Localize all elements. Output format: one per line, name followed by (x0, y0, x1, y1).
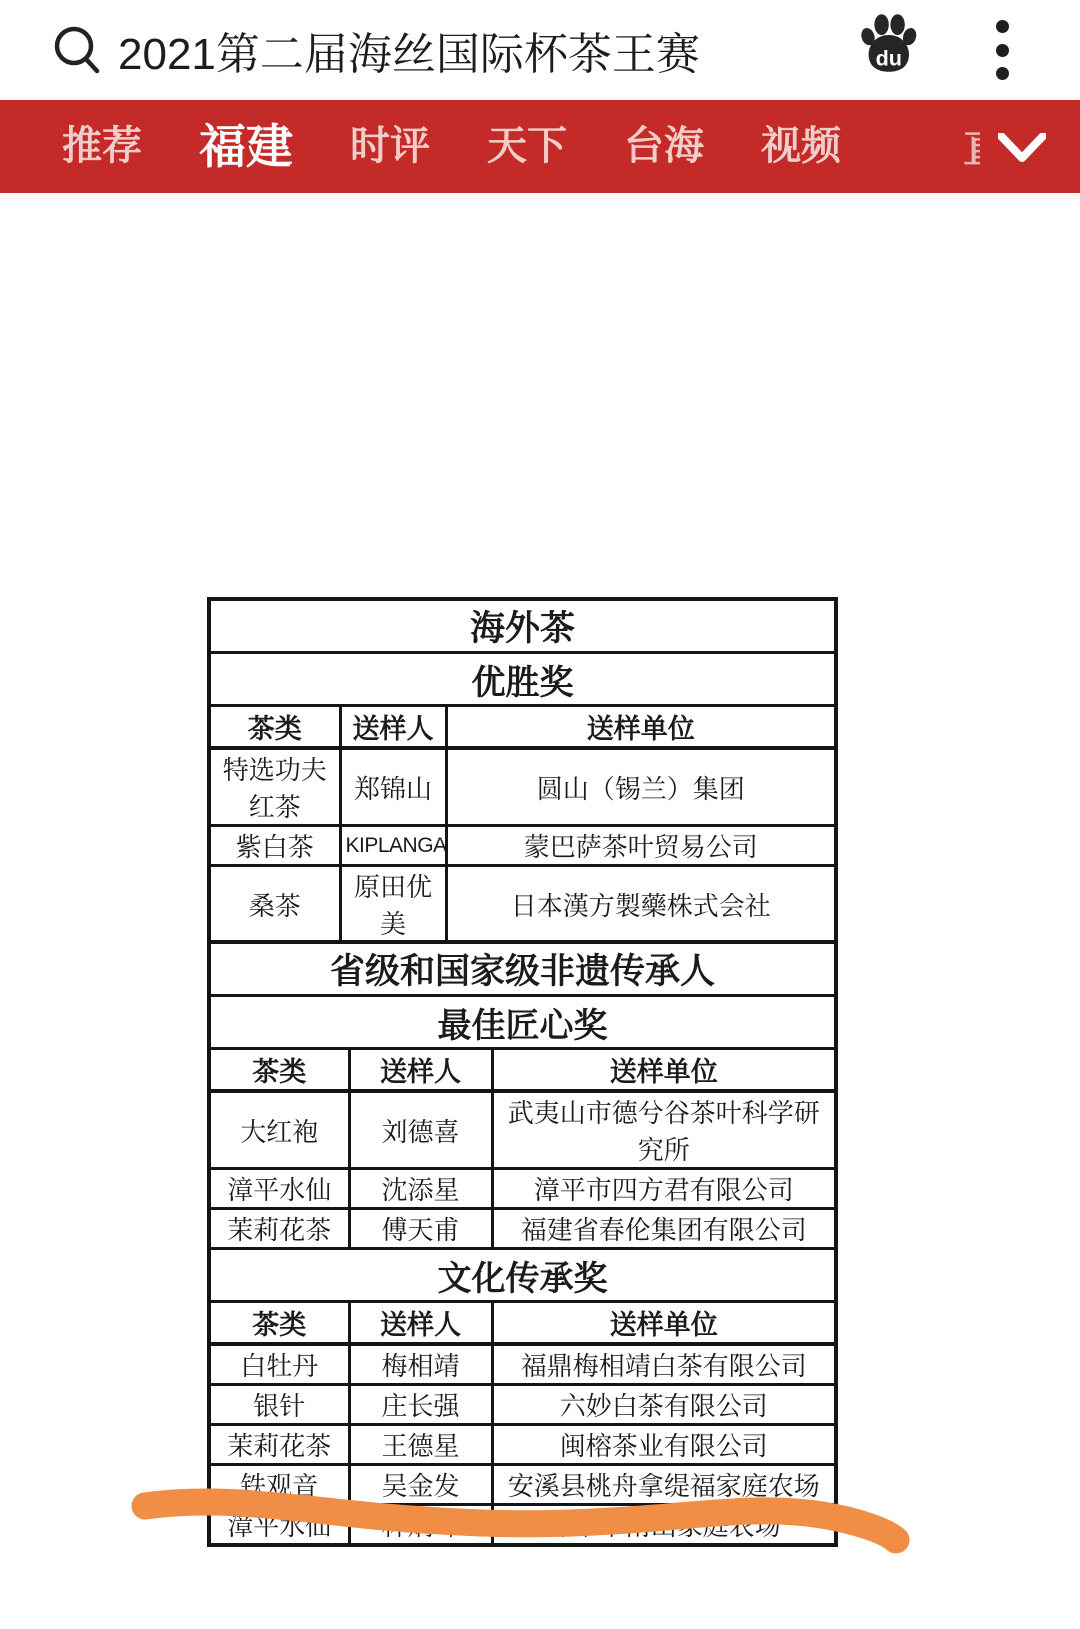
table-cell: 吴金发 (349, 1465, 492, 1505)
column-header: 送样单位 (492, 1049, 836, 1092)
search-query-text[interactable]: 2021第二届海丝国际杯茶王赛 (118, 18, 1080, 82)
table-title: 海外茶 (209, 599, 836, 653)
table-row: 大红袍刘德喜武夷山市德兮谷茶叶科学研究所 (209, 1091, 836, 1169)
table-row: 桑茶原田优美日本漢方製藥株式会社 (209, 866, 836, 944)
table-cell: KIPLANGATA (340, 826, 446, 866)
table-cell: 银针 (209, 1385, 349, 1425)
header-row: 茶类送样人送样单位 (209, 706, 836, 749)
award-title-row: 优胜奖 (209, 653, 836, 706)
table-cell: 武夷山市德兮谷茶叶科学研究所 (492, 1091, 836, 1169)
table-cell: 安溪县桃舟拿缇福家庭农场 (492, 1465, 836, 1505)
table-row: 茉莉花茶傅天甫福建省春伦集团有限公司 (209, 1209, 836, 1249)
award-title: 文化传承奖 (209, 1249, 836, 1302)
table-cell: 庄长强 (349, 1385, 492, 1425)
column-header: 送样人 (349, 1049, 492, 1092)
table-cell: 刘德喜 (349, 1091, 492, 1169)
table-cell: 大红袍 (209, 1091, 349, 1169)
award-title: 最佳匠心奖 (209, 996, 836, 1049)
nav-tab-inactive[interactable]: 台海 (624, 100, 704, 193)
award-title: 优胜奖 (209, 653, 836, 706)
table-row: 白牡丹梅相靖福鼎梅相靖白茶有限公司 (209, 1344, 836, 1385)
column-header: 送样人 (340, 706, 446, 749)
table-cell: 特选功夫红茶 (209, 748, 340, 826)
column-header: 送样人 (349, 1302, 492, 1345)
table-cell: 茉莉花茶 (209, 1425, 349, 1465)
baidu-paw-icon[interactable]: du (856, 12, 920, 74)
column-header: 茶类 (209, 706, 340, 749)
baidu-du-label: du (876, 45, 902, 70)
table-cell: 梅相靖 (349, 1344, 492, 1385)
column-header: 茶类 (209, 1302, 349, 1345)
table-cell: 福建省春伦集团有限公司 (492, 1209, 836, 1249)
nav-tab-inactive[interactable]: 天下 (487, 100, 567, 193)
table-row: 茉莉花茶王德星闽榕茶业有限公司 (209, 1425, 836, 1465)
nav-tab-active[interactable]: 福建 (199, 100, 293, 193)
table-row: 银针庄长强六妙白茶有限公司 (209, 1385, 836, 1425)
table-cell: 茉莉花茶 (209, 1209, 349, 1249)
awards-table: 省级和国家级非遗传承人最佳匠心奖茶类送样人送样单位大红袍刘德喜武夷山市德兮谷茶叶… (207, 940, 838, 1547)
channel-tab-list: 推荐福建时评天下台海视频 (0, 100, 841, 193)
table-cell: 原田优美 (340, 866, 446, 944)
table-title: 省级和国家级非遗传承人 (209, 942, 836, 996)
table-cell: 漳平市四方君有限公司 (492, 1169, 836, 1209)
more-menu-icon[interactable] (996, 20, 1010, 80)
nav-tab-inactive[interactable]: 推荐 (62, 100, 142, 193)
column-header: 茶类 (209, 1049, 349, 1092)
chevron-down-icon[interactable] (998, 133, 1046, 163)
table-cell: 林炳峰 (349, 1505, 492, 1546)
menu-dot (996, 44, 1009, 57)
table-title-row: 海外茶 (209, 599, 836, 653)
table-cell: 白牡丹 (209, 1344, 349, 1385)
menu-dot (996, 67, 1009, 80)
table-title-row: 省级和国家级非遗传承人 (209, 942, 836, 996)
nav-tab-inactive[interactable]: 视频 (761, 100, 841, 193)
table-cell: 沈添星 (349, 1169, 492, 1209)
table-cell: 王德星 (349, 1425, 492, 1465)
table-cell: 蒙巴萨茶叶贸易公司 (446, 826, 836, 866)
awards-table: 海外茶优胜奖茶类送样人送样单位特选功夫红茶郑锦山圆山（锡兰）集团紫白茶KIPLA… (207, 597, 838, 945)
table-row: 漳平水仙沈添星漳平市四方君有限公司 (209, 1169, 836, 1209)
table-row: 漳平水仙林炳峰漳平市南山家庭农场 (209, 1505, 836, 1546)
header-row: 茶类送样人送样单位 (209, 1302, 836, 1345)
table-cell: 漳平市南山家庭农场 (492, 1505, 836, 1546)
table-cell: 漳平水仙 (209, 1505, 349, 1546)
channel-navbar: 推荐福建时评天下台海视频 直 (0, 100, 1080, 193)
table-row: 铁观音吴金发安溪县桃舟拿缇福家庭农场 (209, 1465, 836, 1505)
column-header: 送样单位 (492, 1302, 836, 1345)
header-row: 茶类送样人送样单位 (209, 1049, 836, 1092)
table-cell: 六妙白茶有限公司 (492, 1385, 836, 1425)
browser-topbar: 2021第二届海丝国际杯茶王赛 du (0, 0, 1080, 100)
award-title-row: 文化传承奖 (209, 1249, 836, 1302)
table-cell: 日本漢方製藥株式会社 (446, 866, 836, 944)
menu-dot (996, 20, 1009, 33)
table-cell: 福鼎梅相靖白茶有限公司 (492, 1344, 836, 1385)
table-cell: 桑茶 (209, 866, 340, 944)
table-cell: 傅天甫 (349, 1209, 492, 1249)
tab-partial-clipped[interactable]: 直 (963, 124, 980, 172)
column-header: 送样单位 (446, 706, 836, 749)
table-cell: 圆山（锡兰）集团 (446, 748, 836, 826)
table-cell: 漳平水仙 (209, 1169, 349, 1209)
table-cell: 铁观音 (209, 1465, 349, 1505)
table-cell: 闽榕茶业有限公司 (492, 1425, 836, 1465)
table-cell: 郑锦山 (340, 748, 446, 826)
table-row: 紫白茶KIPLANGATA蒙巴萨茶叶贸易公司 (209, 826, 836, 866)
nav-tab-inactive[interactable]: 时评 (350, 100, 430, 193)
award-title-row: 最佳匠心奖 (209, 996, 836, 1049)
table-cell: 紫白茶 (209, 826, 340, 866)
mobile-browser-screen: 2021第二届海丝国际杯茶王赛 du 推荐福建时评天下台海视频 直 海外茶优胜奖… (0, 0, 1080, 1629)
search-icon[interactable] (52, 22, 104, 78)
table-row: 特选功夫红茶郑锦山圆山（锡兰）集团 (209, 748, 836, 826)
